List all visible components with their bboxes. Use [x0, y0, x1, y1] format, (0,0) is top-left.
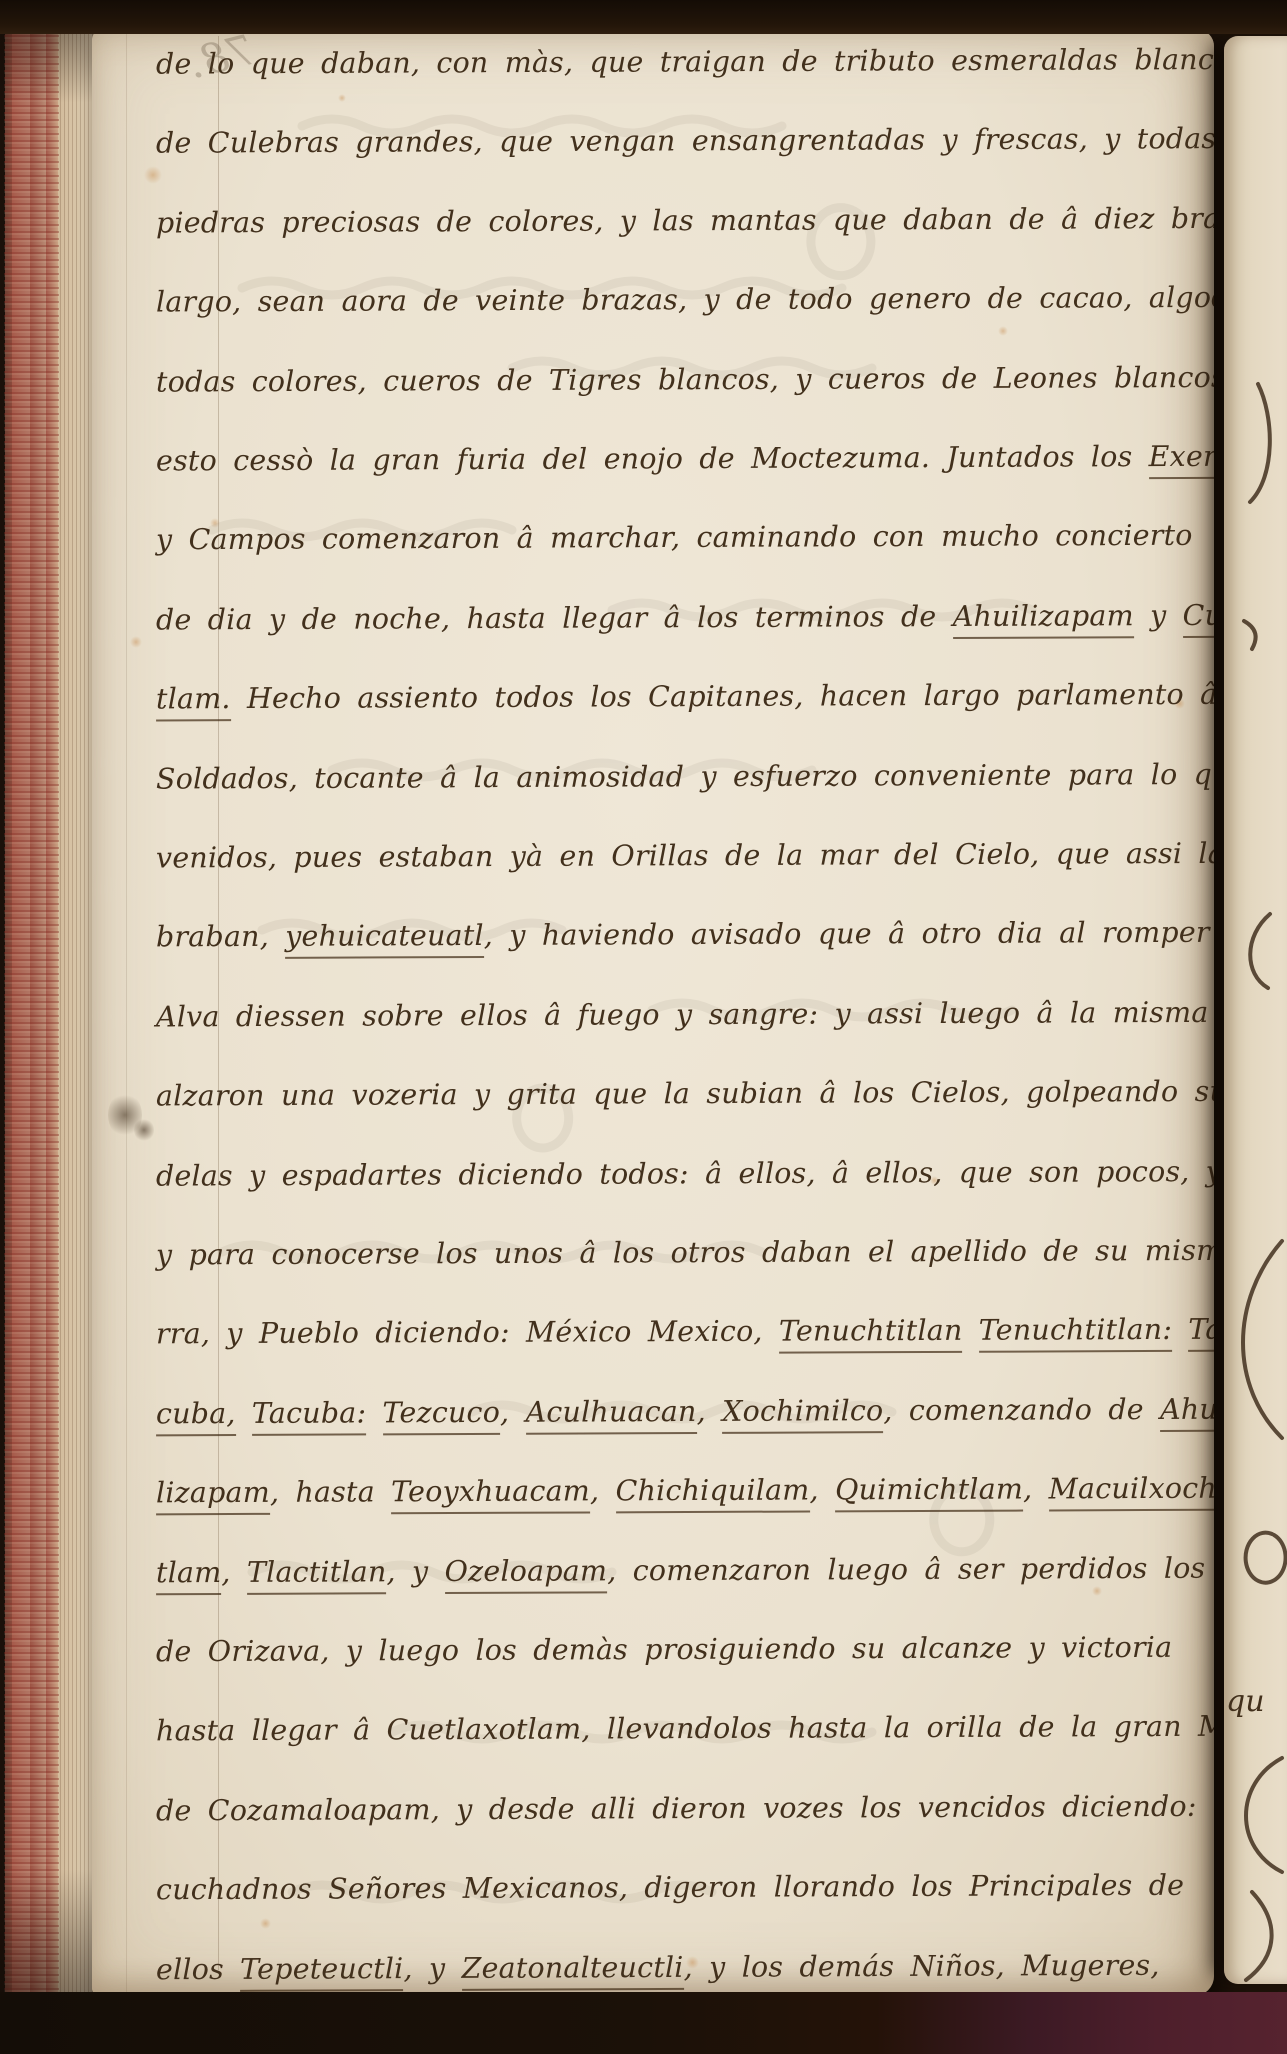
manuscript-line-1: de lo que daban, con màs, que traigan de… — [156, 43, 1214, 81]
handwritten-text: , comenzando de — [883, 1393, 1160, 1427]
underlined-place-name: Ahuilizapam — [953, 599, 1134, 639]
handwritten-text: Alva diessen sobre ellos â fuego y sangr… — [156, 995, 1214, 1033]
manuscript-page: 78. de lo que daban, con màs, que traiga… — [92, 30, 1214, 1996]
underlined-place-name: Tezcuco — [382, 1396, 500, 1436]
underlined-place-name: Quimichtlam — [835, 1473, 1023, 1513]
manuscript-line-9: tlam. Hecho assiento todos los Capitanes… — [156, 679, 1214, 717]
handwritten-text: todas colores, cueros de Tigres blancos,… — [156, 360, 1214, 398]
manuscript-line-20: tlam, Tlactitlan, y Ozeloapam, comenzaro… — [156, 1552, 1205, 1589]
handwritten-text — [962, 1314, 978, 1347]
handwritten-text: y para conocerse los unos â los otros da… — [156, 1233, 1214, 1271]
underlined-place-name: Ahui — [1160, 1392, 1214, 1431]
underlined-place-name: Ta: — [1188, 1313, 1214, 1352]
manuscript-line-16: y para conocerse los unos â los otros da… — [156, 1234, 1214, 1272]
handwritten-text: , — [697, 1395, 723, 1428]
underlined-place-name: Macuilxochi — [1049, 1472, 1214, 1512]
manuscript-line-15: delas y espadartes diciendo todos: â ell… — [156, 1155, 1214, 1193]
book-photo: { "document": { "kind": "handwritten man… — [0, 0, 1287, 2054]
underlined-place-name: Tlactitlan — [247, 1555, 387, 1595]
manuscript-line-24: cuchadnos Señores Mexicanos, digeron llo… — [156, 1870, 1184, 1907]
manuscript-line-5: todas colores, cueros de Tigres blancos,… — [156, 361, 1214, 399]
handwritten-text: Hecho assiento todos los Capitanes, hace… — [231, 678, 1214, 716]
handwritten-text: , y — [403, 1951, 461, 1984]
underlined-place-name: Zeatonalteuctli — [461, 1950, 683, 1990]
handwritten-text: de Cozamaloapam, y desde alli dieron voz… — [156, 1789, 1214, 1827]
handwritten-text: de lo que daban, con màs, que traigan de… — [156, 42, 1214, 80]
handwritten-text: , — [500, 1396, 526, 1429]
handwritten-text — [1172, 1313, 1188, 1346]
manuscript-text: de lo que daban, con màs, que traigan de… — [156, 30, 1214, 1996]
manuscript-line-3: piedras preciosas de colores, y las mant… — [156, 202, 1214, 240]
manuscript-line-8: de dia y de noche, hasta llegar â los te… — [156, 599, 1214, 637]
manuscript-line-11: venidos, pues estaban yà en Orillas de l… — [156, 837, 1214, 875]
manuscript-line-2: de Culebras grandes, que vengan ensangre… — [156, 123, 1214, 161]
manuscript-line-18: cuba, Tacuba: Tezcuco, Aculhuacan, Xochi… — [156, 1393, 1214, 1430]
underlined-place-name: tlam. — [156, 682, 231, 721]
underlined-place-name: cuba, — [156, 1397, 236, 1436]
handwritten-text: y Campos comenzaron â marchar, caminando… — [156, 519, 1193, 557]
manuscript-line-23: de Cozamaloapam, y desde alli dieron voz… — [156, 1790, 1214, 1828]
manuscript-line-12: braban, yehuicateuatl, y haviendo avisad… — [156, 917, 1214, 955]
underlined-place-name: Exercitos — [1149, 440, 1214, 480]
handwritten-text: rra, y Pueblo diciendo: México Mexico, — [156, 1315, 779, 1351]
next-page-sliver: qu — [1224, 36, 1287, 1984]
underlined-place-name: Tacuba: — [252, 1396, 367, 1435]
handwritten-text: cuchadnos Señores Mexicanos, digeron llo… — [156, 1869, 1184, 1906]
manuscript-line-17: rra, y Pueblo diciendo: México Mexico, T… — [156, 1314, 1214, 1351]
handwritten-text: , — [221, 1555, 247, 1588]
underlined-place-name: Tenuchtitlan: — [979, 1313, 1173, 1353]
manuscript-line-6: esto cessò la gran furia del enojo de Mo… — [156, 441, 1214, 479]
binding-bottom — [0, 1992, 1287, 2054]
manuscript-line-19: lizapam, hasta Teoyxhuacam, Chichiquilam… — [156, 1473, 1214, 1510]
handwritten-text: braban, — [156, 920, 285, 954]
handwritten-text: venidos, pues estaban yà en Orillas de l… — [156, 836, 1214, 874]
handwritten-text: largo, sean aora de veinte brazas, y de … — [156, 281, 1214, 319]
underlined-place-name: Tepeteuctli — [240, 1952, 403, 1992]
handwritten-text: y — [1134, 599, 1183, 632]
handwritten-text: delas y espadartes diciendo todos: â ell… — [156, 1154, 1214, 1192]
manuscript-line-21: de Orizava, y luego los demàs prosiguien… — [156, 1632, 1172, 1669]
underlined-place-name: tlam — [156, 1556, 222, 1595]
handwritten-text: , — [1023, 1473, 1049, 1506]
manuscript-line-7: y Campos comenzaron â marchar, caminando… — [156, 520, 1193, 557]
handwritten-text: de Orizava, y luego los demàs prosiguien… — [156, 1631, 1172, 1668]
handwritten-text: de dia y de noche, hasta llegar â los te… — [156, 600, 953, 636]
handwritten-text — [366, 1396, 382, 1429]
handwritten-text: , y los demás Niños, Mugeres, — [684, 1948, 1160, 1983]
manuscript-line-13: Alva diessen sobre ellos â fuego y sangr… — [156, 996, 1214, 1034]
handwritten-text: , — [590, 1475, 616, 1508]
underlined-place-name: Teoyxhuacam — [391, 1475, 590, 1515]
underlined-place-name: Tenuchtitlan — [779, 1314, 963, 1354]
handwritten-text — [236, 1397, 252, 1430]
handwritten-text: de Culebras grandes, que vengan ensangre… — [156, 122, 1214, 160]
handwritten-text: alzaron una vozeria y grita que la subia… — [156, 1075, 1214, 1113]
handwritten-text: , — [809, 1474, 835, 1507]
handwritten-text: , hasta — [270, 1475, 391, 1509]
handwritten-text: , comenzaron luego â ser perdidos los — [607, 1551, 1205, 1587]
next-page-text-fragment: qu — [1226, 1684, 1265, 1719]
handwritten-text: piedras preciosas de colores, y las mant… — [156, 201, 1214, 239]
manuscript-line-4: largo, sean aora de veinte brazas, y de … — [156, 282, 1214, 320]
underlined-place-name: Cuetlax — [1183, 598, 1214, 637]
underlined-place-name: yehuicateuatl — [285, 919, 484, 959]
manuscript-line-14: alzaron una vozeria y grita que la subia… — [156, 1076, 1214, 1114]
handwritten-text: ellos — [156, 1952, 240, 1985]
handwritten-text: hasta llegar â Cuetlaxotlam, llevandolos… — [156, 1710, 1214, 1748]
underlined-place-name: lizapam — [156, 1476, 270, 1515]
binding-top — [0, 0, 1287, 34]
manuscript-line-25: ellos Tepeteuctli, y Zeatonalteuctli, y … — [156, 1949, 1160, 1986]
underlined-place-name: Chichiquilam — [615, 1474, 809, 1514]
underlined-place-name: Ozeloapam — [445, 1554, 608, 1594]
manuscript-line-22: hasta llegar â Cuetlaxotlam, llevandolos… — [156, 1711, 1214, 1749]
underlined-place-name: Xochimilco — [722, 1394, 883, 1434]
manuscript-line-10: Soldados, tocante â la animosidad y esfu… — [156, 758, 1214, 796]
handwritten-text: , y — [386, 1555, 444, 1588]
handwritten-text: Soldados, tocante â la animosidad y esfu… — [156, 757, 1214, 795]
underlined-place-name: Aculhuacan — [525, 1395, 696, 1435]
handwritten-text: , y haviendo avisado que â otro dia al r… — [484, 916, 1214, 952]
handwritten-text: esto cessò la gran furia del enojo de Mo… — [156, 440, 1149, 477]
